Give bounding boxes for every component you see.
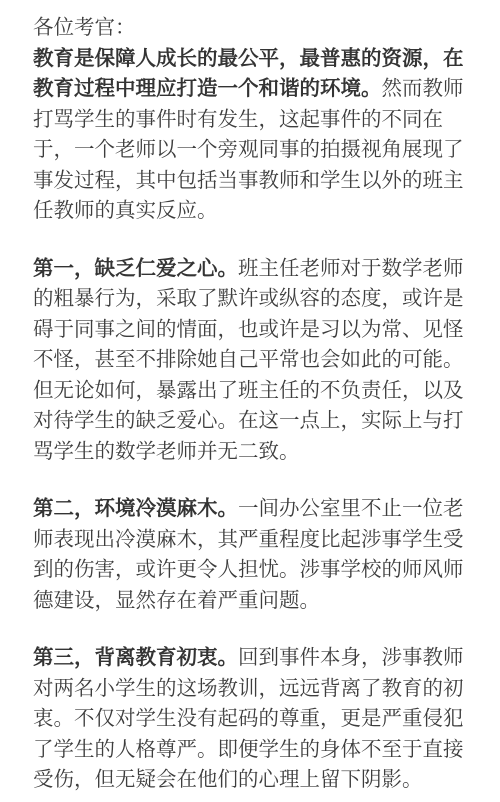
paragraph-point-1-lead: 第一，缺乏仁爱之心。 bbox=[33, 257, 238, 280]
article-page: 各位考官： 教育是保障人成长的最公平，最普惠的资源，在教育过程中理应打造一个和谐… bbox=[0, 0, 500, 802]
paragraph-point-2-lead: 第二，环境冷漠麻木。 bbox=[33, 497, 238, 520]
paragraph-intro: 教育是保障人成长的最公平，最普惠的资源，在教育过程中理应打造一个和谐的环境。然而… bbox=[33, 44, 468, 227]
paragraph-point-3-lead: 第三，背离教育初衷。 bbox=[33, 646, 238, 669]
paragraph-point-1-body: 班主任老师对于数学老师的粗暴行为，采取了默许或纵容的态度，或许是碍于同事之间的情… bbox=[33, 257, 464, 463]
paragraph-point-1: 第一，缺乏仁爱之心。班主任老师对于数学老师的粗暴行为，采取了默许或纵容的态度，或… bbox=[33, 254, 468, 468]
paragraph-point-3: 第三，背离教育初衷。回到事件本身，涉事教师对两名小学生的这场教训，远远背离了教育… bbox=[33, 643, 468, 796]
paragraph-point-2: 第二，环境冷漠麻木。一间办公室里不止一位老师表现出冷漠麻木，其严重程度比起涉事学… bbox=[33, 494, 468, 616]
salutation-line: 各位考官： bbox=[33, 13, 468, 44]
